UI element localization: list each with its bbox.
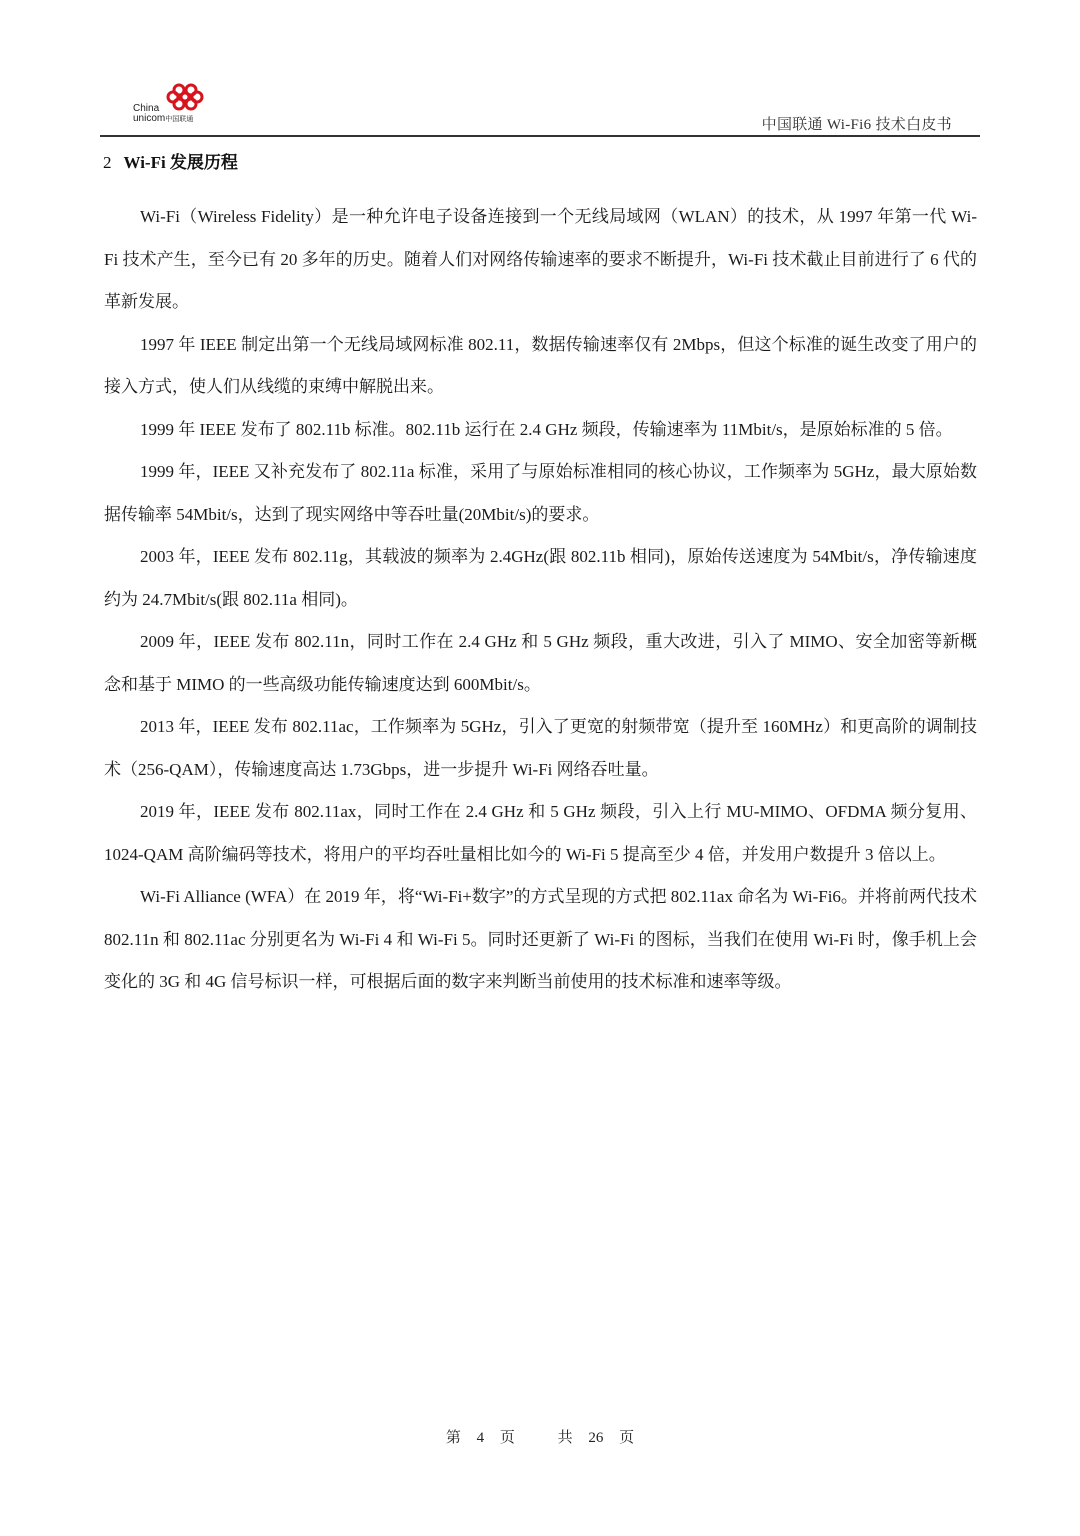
logo-cn: 中国联通	[165, 116, 193, 123]
paragraph-2003: 2003 年，IEEE 发布 802.11g，其载波的频率为 2.4GHz(跟 …	[104, 536, 977, 621]
header-divider	[100, 135, 980, 137]
body-content: Wi-Fi（Wireless Fidelity）是一种允许电子设备连接到一个无线…	[104, 196, 977, 1004]
page-footer: 第 4 页 共 26 页	[0, 1426, 1080, 1447]
section-number: 2	[103, 153, 112, 172]
paragraph-1999-a: 1999 年，IEEE 又补充发布了 802.11a 标准，采用了与原始标准相同…	[104, 451, 977, 536]
page-suffix: 页	[500, 1430, 515, 1446]
china-unicom-logo: China unicom中国联通	[133, 82, 213, 126]
page-total: 共 26 页	[552, 1430, 641, 1446]
total-count: 26	[588, 1430, 603, 1446]
paragraph-2013: 2013 年，IEEE 发布 802.11ac，工作频率为 5GHz，引入了更宽…	[104, 706, 977, 791]
paragraph-1997: 1997 年 IEEE 制定出第一个无线局域网标准 802.11，数据传输速率仅…	[104, 324, 977, 409]
paragraph-wfa: Wi-Fi Alliance (WFA）在 2019 年，将“Wi-Fi+数字”…	[104, 876, 977, 1004]
paragraph-intro: Wi-Fi（Wireless Fidelity）是一种允许电子设备连接到一个无线…	[104, 196, 977, 324]
paragraph-2019: 2019 年，IEEE 发布 802.11ax，同时工作在 2.4 GHz 和 …	[104, 791, 977, 876]
section-title-text: Wi-Fi 发展历程	[124, 153, 238, 172]
page-prefix: 第	[446, 1430, 461, 1446]
document-header-title: 中国联通 Wi-Fi6 技术白皮书	[762, 113, 952, 134]
logo-text: China unicom中国联通	[133, 104, 193, 125]
page-number: 第 4 页	[440, 1430, 521, 1446]
section-heading: 2Wi-Fi 发展历程	[103, 148, 238, 173]
page-current: 4	[477, 1430, 485, 1446]
total-suffix: 页	[619, 1430, 634, 1446]
paragraph-1999-b: 1999 年 IEEE 发布了 802.11b 标准。802.11b 运行在 2…	[104, 409, 977, 452]
logo-en-line2: unicom	[133, 113, 165, 124]
paragraph-2009: 2009 年，IEEE 发布 802.11n，同时工作在 2.4 GHz 和 5…	[104, 621, 977, 706]
total-prefix: 共	[558, 1430, 573, 1446]
